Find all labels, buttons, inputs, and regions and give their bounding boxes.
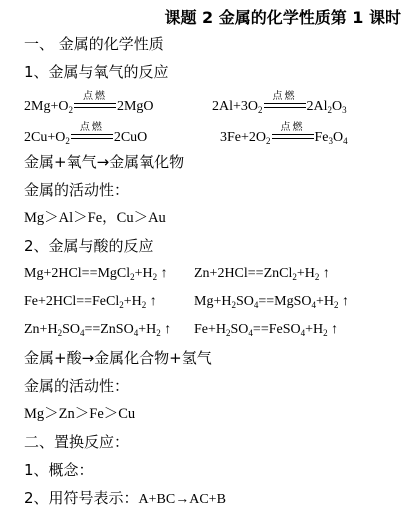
section2-heading: 二、置换反应： (24, 428, 418, 456)
equation-cu-oxygen: 2Cu+O2点燃2CuO (24, 130, 212, 146)
equation-fe-h2so4: Fe+H2SO4==FeSO4+H2 ↑ (194, 316, 338, 344)
formula-text: Fe+H (194, 322, 226, 337)
section1-heading: 一、 金属的化学性质 (24, 30, 418, 58)
activity-series-1: Mg＞Al＞Fe，Cu＞Au (24, 204, 418, 232)
ignite-label: 点燃 (281, 122, 305, 134)
activity-label-2: 金属的活动性： (24, 372, 418, 400)
ignite-label: 点燃 (80, 122, 104, 134)
formula-text: O (333, 130, 343, 145)
equation-fe-oxygen: 3Fe+2O2点燃Fe3O4 (220, 130, 348, 146)
equation-mg-h2so4: Mg+H2SO4==MgSO4+H2 ↑ (194, 288, 349, 316)
formula-text: 2Al+3O (212, 99, 258, 114)
symbol-expression: A+BC→AC+B (139, 492, 226, 507)
formula-text: ↑ (157, 266, 168, 281)
formula-text: +H (297, 266, 315, 281)
formula-text: 2Cu+O (24, 130, 65, 145)
formula-text: Mg+2HCl==MgCl (24, 266, 130, 281)
double-equals-line (272, 134, 314, 139)
formula-text: Zn+H (24, 322, 58, 337)
page-title: 课题 2 金属的化学性质第 1 课时 (24, 6, 418, 30)
formula-text: ↑ (146, 294, 157, 309)
equation-fe-hcl: Fe+2HCl==FeCl2+H2 ↑ (24, 288, 194, 316)
formula-text: +H (316, 294, 334, 309)
acid-reaction-summary: 金属+酸→金属化合物+氢气 (24, 344, 418, 372)
formula-text: SO (62, 322, 80, 337)
oxygen-equation-row-2: 2Cu+O2点燃2CuO 3Fe+2O2点燃Fe3O4 (24, 117, 418, 148)
acid-equation-row-1: Mg+2HCl==MgCl2+H2 ↑ Zn+2HCl==ZnCl2+H2 ↑ (24, 260, 418, 288)
formula-text: +H (305, 322, 323, 337)
document-page: 课题 2 金属的化学性质第 1 课时 一、 金属的化学性质 1、金属与氧气的反应… (0, 0, 418, 511)
formula-text: ↑ (328, 322, 339, 337)
concept-item: 1、概念： (24, 456, 418, 484)
subscript: 2 (65, 136, 70, 146)
formula-text: ==ZnSO (84, 322, 133, 337)
formula-text: 2Mg+O (24, 99, 68, 114)
formula-text: 2Al (307, 99, 328, 114)
ignite-condition: 点燃 (264, 103, 306, 108)
formula-text: O (332, 99, 342, 114)
symbol-item: 2、用符号表示：A+BC→AC+B (24, 484, 418, 511)
subsection2-heading: 2、金属与酸的反应 (24, 232, 418, 260)
ignite-label: 点燃 (273, 91, 297, 103)
acid-equation-row-3: Zn+H2SO4==ZnSO4+H2 ↑ Fe+H2SO4==FeSO4+H2 … (24, 316, 418, 344)
double-equals-line (74, 103, 116, 108)
formula-text: Fe (315, 130, 329, 145)
oxygen-reaction-summary: 金属+氧气→金属氧化物 (24, 148, 418, 176)
formula-text: +H (138, 322, 156, 337)
formula-text: +H (124, 294, 142, 309)
formula-text: ↑ (319, 266, 330, 281)
subsection1-heading: 1、金属与氧气的反应 (24, 58, 418, 86)
ignite-condition: 点燃 (74, 103, 116, 108)
activity-label-1: 金属的活动性： (24, 176, 418, 204)
formula-text: 2CuO (114, 130, 147, 145)
formula-text: ↑ (339, 294, 350, 309)
formula-text: SO (236, 294, 254, 309)
ignite-condition: 点燃 (272, 134, 314, 139)
equation-mg-hcl: Mg+2HCl==MgCl2+H2 ↑ (24, 260, 194, 288)
subscript: 2 (68, 105, 73, 115)
ignite-condition: 点燃 (71, 134, 113, 139)
subscript: 2 (266, 136, 271, 146)
ignite-label: 点燃 (83, 91, 107, 103)
acid-equation-row-2: Fe+2HCl==FeCl2+H2 ↑ Mg+H2SO4==MgSO4+H2 ↑ (24, 288, 418, 316)
double-equals-line (264, 103, 306, 108)
formula-text: Zn+2HCl==ZnCl (194, 266, 292, 281)
subscript: 4 (343, 136, 348, 146)
equation-mg-oxygen: 2Mg+O2点燃2MgO (24, 99, 212, 115)
formula-text: ↑ (161, 322, 172, 337)
formula-text: ==FeSO (253, 322, 301, 337)
formula-text: SO (231, 322, 249, 337)
equation-al-oxygen: 2Al+3O2点燃2Al2O3 (212, 99, 347, 115)
activity-series-2: Mg＞Zn＞Fe＞Cu (24, 400, 418, 428)
equation-zn-hcl: Zn+2HCl==ZnCl2+H2 ↑ (194, 260, 330, 288)
oxygen-equation-row-1: 2Mg+O2点燃2MgO 2Al+3O2点燃2Al2O3 (24, 86, 418, 117)
double-equals-line (71, 134, 113, 139)
formula-text: 2MgO (117, 99, 154, 114)
subscript: 2 (258, 105, 263, 115)
formula-text: Mg+H (194, 294, 231, 309)
formula-text: Fe+2HCl==FeCl (24, 294, 119, 309)
equation-zn-h2so4: Zn+H2SO4==ZnSO4+H2 ↑ (24, 316, 194, 344)
formula-text: 3Fe+2O (220, 130, 266, 145)
subscript: 3 (342, 105, 347, 115)
symbol-item-label: 2、用符号表示： (24, 489, 139, 507)
formula-text: ==MgSO (258, 294, 311, 309)
formula-text: +H (135, 266, 153, 281)
